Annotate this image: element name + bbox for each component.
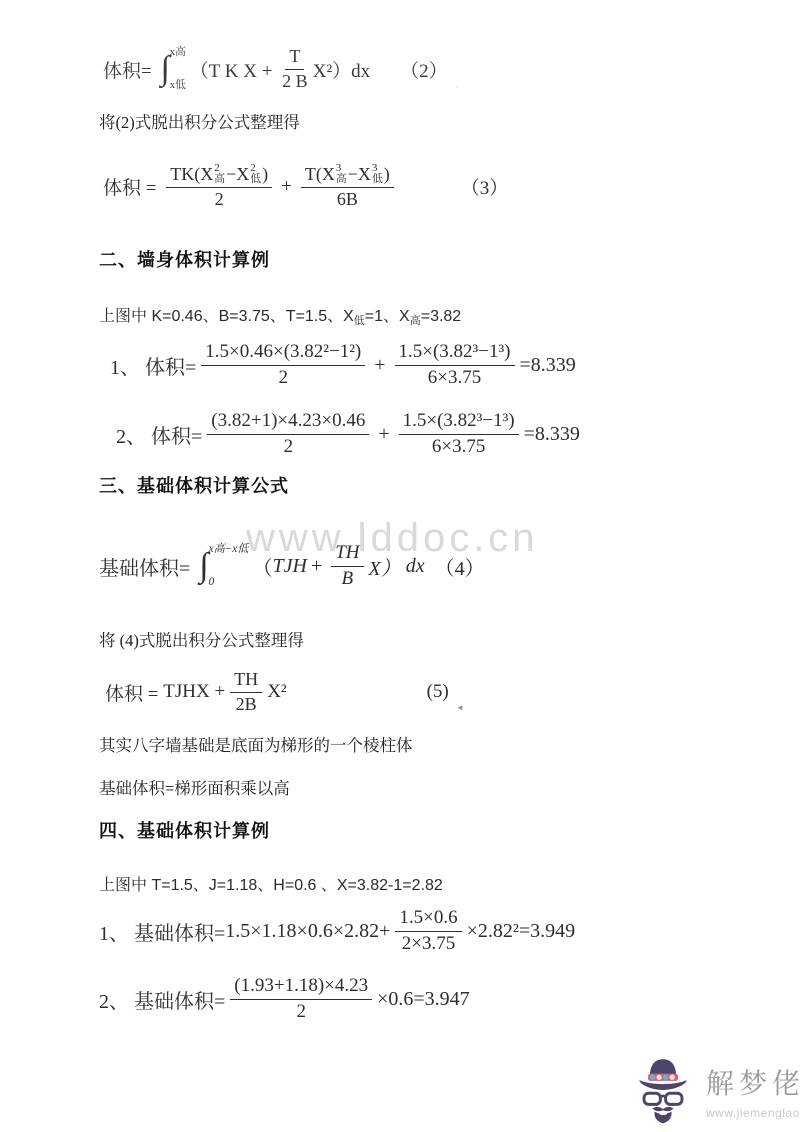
fraction: TH2B [230,669,262,715]
document-page: 体积= ∫x高x低（T K X + T2 BX²）dx（2）· 将(2)式脱出积… [0,0,800,1132]
fraction: TK(X2高−X2低) 2 [166,163,272,210]
fraction: 1.5×0.46×(3.82²−1²)2 [201,341,365,390]
stray-mark: · [456,82,459,92]
parameters-wall: 上图中 K=0.46、B=3.75、T=1.5、X低=1、X高=3.82 [99,303,461,328]
fraction: T(X3高−X3低) 6B [301,163,394,210]
formula-5: 体积 = TJHX +TH2BX²(5) [105,669,449,715]
integral-bounds: x高x低 [170,47,186,91]
integral-icon: ∫ [199,549,208,583]
equation-number: （3） [461,173,509,200]
fraction: T2 B [282,46,308,92]
equation-foundation-1: 1、 基础体积=1.5×1.18×0.6×2.82+ 1.5×0.62×3.75… [99,907,575,956]
section-heading-wall-example: 二、墙身体积计算例 [99,246,270,272]
formula-4: 基础体积= ∫x高−x低0（TJH+THBX） dx（4） [99,542,485,591]
formula-2-lhs: 体积= [103,56,156,83]
formula-2: 体积= ∫x高x低（T K X + T2 BX²）dx（2）· [103,46,459,92]
integral-bounds: x高−x低0 [209,544,249,588]
equation-wall-2: 2、 体积= (3.82+1)×4.23×0.462 + 1.5×(3.82³−… [116,410,580,459]
logo-url: www.jiemenglao.com [706,1106,800,1120]
fraction: 1.5×(3.82³−1³)6×3.75 [399,410,519,459]
formula-3: 体积 = TK(X2高−X2低) 2 + T(X3高−X3低) 6B （3） [103,163,508,210]
section-heading-foundation-formula: 三、基础体积计算公式 [99,472,289,498]
paragraph-volume-rule: 基础体积=梯形面积乘以高 [99,775,290,799]
detective-icon [630,1054,696,1131]
parameters-foundation: 上图中 T=1.5、J=1.18、H=0.6 、X=3.82-1=2.82 [99,872,443,895]
paragraph-derive-2: 将(2)式脱出积分公式整理得 [99,109,300,133]
equation-foundation-2: 2、 基础体积= (1.93+1.18)×4.232 ×0.6=3.947 [99,975,470,1024]
equation-number: (5) [427,681,449,703]
equation-number: （4） [435,552,485,581]
fraction: (3.82+1)×4.23×0.462 [207,410,369,459]
anchor-mark: ◄ [456,703,464,712]
site-logo: 解梦佬 www.jiemenglao.com [630,1054,800,1131]
paragraph-prism-note: 其实八字墙基础是底面为梯形的一个棱柱体 [99,732,413,756]
paragraph-derive-4: 将 (4)式脱出积分公式整理得 [99,627,304,651]
fraction: THB [331,542,363,591]
fraction: 1.5×(3.82³−1³)6×3.75 [395,341,515,390]
integral-icon: ∫ [160,52,169,86]
equation-wall-1: 1、 体积= 1.5×0.46×(3.82²−1²)2 + 1.5×(3.82³… [110,341,576,390]
section-heading-foundation-example: 四、基础体积计算例 [99,817,270,843]
fraction: (1.93+1.18)×4.232 [230,975,372,1024]
equation-number: （2） [400,56,448,83]
fraction: 1.5×0.62×3.75 [395,907,461,956]
logo-title: 解梦佬 [706,1062,800,1102]
